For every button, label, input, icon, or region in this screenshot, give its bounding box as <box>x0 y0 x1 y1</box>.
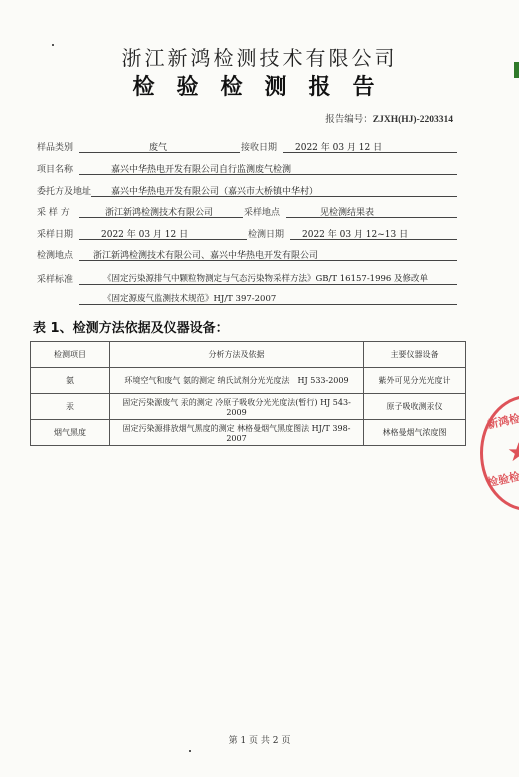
scan-speck <box>189 750 191 752</box>
star-icon: ★ <box>507 438 519 468</box>
report-number-value: ZJXH(HJ)-2203314 <box>373 115 453 125</box>
sample-type-value: 废气 <box>149 140 167 153</box>
field-row-project: 项目名称 嘉兴中华热电开发有限公司自行监测废气检测 <box>37 162 457 178</box>
cell-method: 固定污染源废气 汞的测定 冷原子吸收分光光度法(暂行) HJ 543-2009 <box>110 394 364 420</box>
header-instrument: 主要仪器设备 <box>364 342 466 368</box>
underline <box>79 304 457 305</box>
sampling-standard-line-2: 《固定源废气监测技术规范》HJ/T 397-2007 <box>103 292 276 304</box>
test-date-label: 检测日期 <box>248 227 284 240</box>
sampling-date-value: 2022 年 03 月 12 日 <box>101 227 188 240</box>
page-indicator: 第 1 页 共 2 页 <box>0 733 519 746</box>
field-row-standard-2: 《固定源废气监测技术规范》HJ/T 397-2007 <box>37 292 457 308</box>
seal-bottom-text: 检验检测 <box>486 466 519 491</box>
client-label: 委托方及地址 <box>37 184 91 197</box>
sampler-value: 浙江新鸿检测技术有限公司 <box>105 205 213 218</box>
test-date-value: 2022 年 03 月 12~13 日 <box>302 227 408 240</box>
sampling-standard-line-1: 《固定污染源排气中颗粒物测定与气态污染物采样方法》GB/T 16157-1996… <box>103 272 428 284</box>
company-seal: 新鸿检测 ★ 检验检测 <box>480 395 519 511</box>
header-item: 检测项目 <box>31 342 110 368</box>
sampling-date-label: 采样日期 <box>37 227 73 240</box>
client-value: 嘉兴中华热电开发有限公司（嘉兴市大桥镇中华村） <box>111 184 318 197</box>
field-row-standard: 采样标准 《固定污染源排气中颗粒物测定与气态污染物采样方法》GB/T 16157… <box>37 272 457 288</box>
sample-type-label: 样品类别 <box>37 140 73 153</box>
cell-instrument: 林格曼烟气浓度图 <box>364 420 466 446</box>
field-row-location: 检测地点 浙江新鸿检测技术有限公司、嘉兴中华热电开发有限公司 <box>37 248 457 264</box>
sampler-label: 采 样 方 <box>37 205 70 218</box>
seal-top-text: 新鸿检测 <box>486 408 519 433</box>
receive-date-value: 2022 年 03 月 12 日 <box>295 140 382 153</box>
cell-method: 环境空气和废气 氨的测定 纳氏试剂分光光度法 HJ 533-2009 <box>110 368 364 394</box>
sampling-standard-label: 采样标准 <box>37 272 73 285</box>
project-name-value: 嘉兴中华热电开发有限公司自行监测废气检测 <box>111 162 291 175</box>
receive-date-label: 接收日期 <box>241 140 277 153</box>
underline <box>79 284 457 285</box>
test-location-label: 检测地点 <box>37 248 73 261</box>
company-name: 浙江新鸿检测技术有限公司 <box>0 42 519 71</box>
report-number-label: 报告编号： <box>325 114 373 125</box>
report-number: 报告编号：ZJXH(HJ)-2203314 <box>325 111 453 125</box>
field-row-sample: 样品类别 废气 接收日期 2022 年 03 月 12 日 <box>37 140 457 156</box>
cell-item: 氨 <box>31 368 110 394</box>
cell-item: 汞 <box>31 394 110 420</box>
field-row-sampler: 采 样 方 浙江新鸿检测技术有限公司 采样地点 见检测结果表 <box>37 205 457 221</box>
table-header-row: 检测项目 分析方法及依据 主要仪器设备 <box>31 342 466 368</box>
field-row-client: 委托方及地址 嘉兴中华热电开发有限公司（嘉兴市大桥镇中华村） <box>37 184 457 200</box>
sampling-site-value: 见检测结果表 <box>320 205 374 218</box>
table-row: 氨 环境空气和废气 氨的测定 纳氏试剂分光光度法 HJ 533-2009 紫外可… <box>31 368 466 394</box>
cell-method: 固定污染源排放烟气黑度的测定 林格曼烟气黑度图法 HJ/T 398-2007 <box>110 420 364 446</box>
cell-item: 烟气黑度 <box>31 420 110 446</box>
sampling-site-label: 采样地点 <box>244 205 280 218</box>
cell-instrument: 原子吸收测汞仪 <box>364 394 466 420</box>
table-row: 烟气黑度 固定污染源排放烟气黑度的测定 林格曼烟气黑度图法 HJ/T 398-2… <box>31 420 466 446</box>
project-name-label: 项目名称 <box>37 162 73 175</box>
methods-table: 检测项目 分析方法及依据 主要仪器设备 氨 环境空气和废气 氨的测定 纳氏试剂分… <box>30 341 466 446</box>
header-method: 分析方法及依据 <box>110 342 364 368</box>
test-location-value: 浙江新鸿检测技术有限公司、嘉兴中华热电开发有限公司 <box>93 248 318 261</box>
table-row: 汞 固定污染源废气 汞的测定 冷原子吸收分光光度法(暂行) HJ 543-200… <box>31 394 466 420</box>
cell-instrument: 紫外可见分光光度计 <box>364 368 466 394</box>
table-section-title: 表 1、检测方法依据及仪器设备： <box>33 317 229 336</box>
report-title: 检验检测报告 <box>0 70 519 101</box>
field-row-dates: 采样日期 2022 年 03 月 12 日 检测日期 2022 年 03 月 1… <box>37 227 457 243</box>
